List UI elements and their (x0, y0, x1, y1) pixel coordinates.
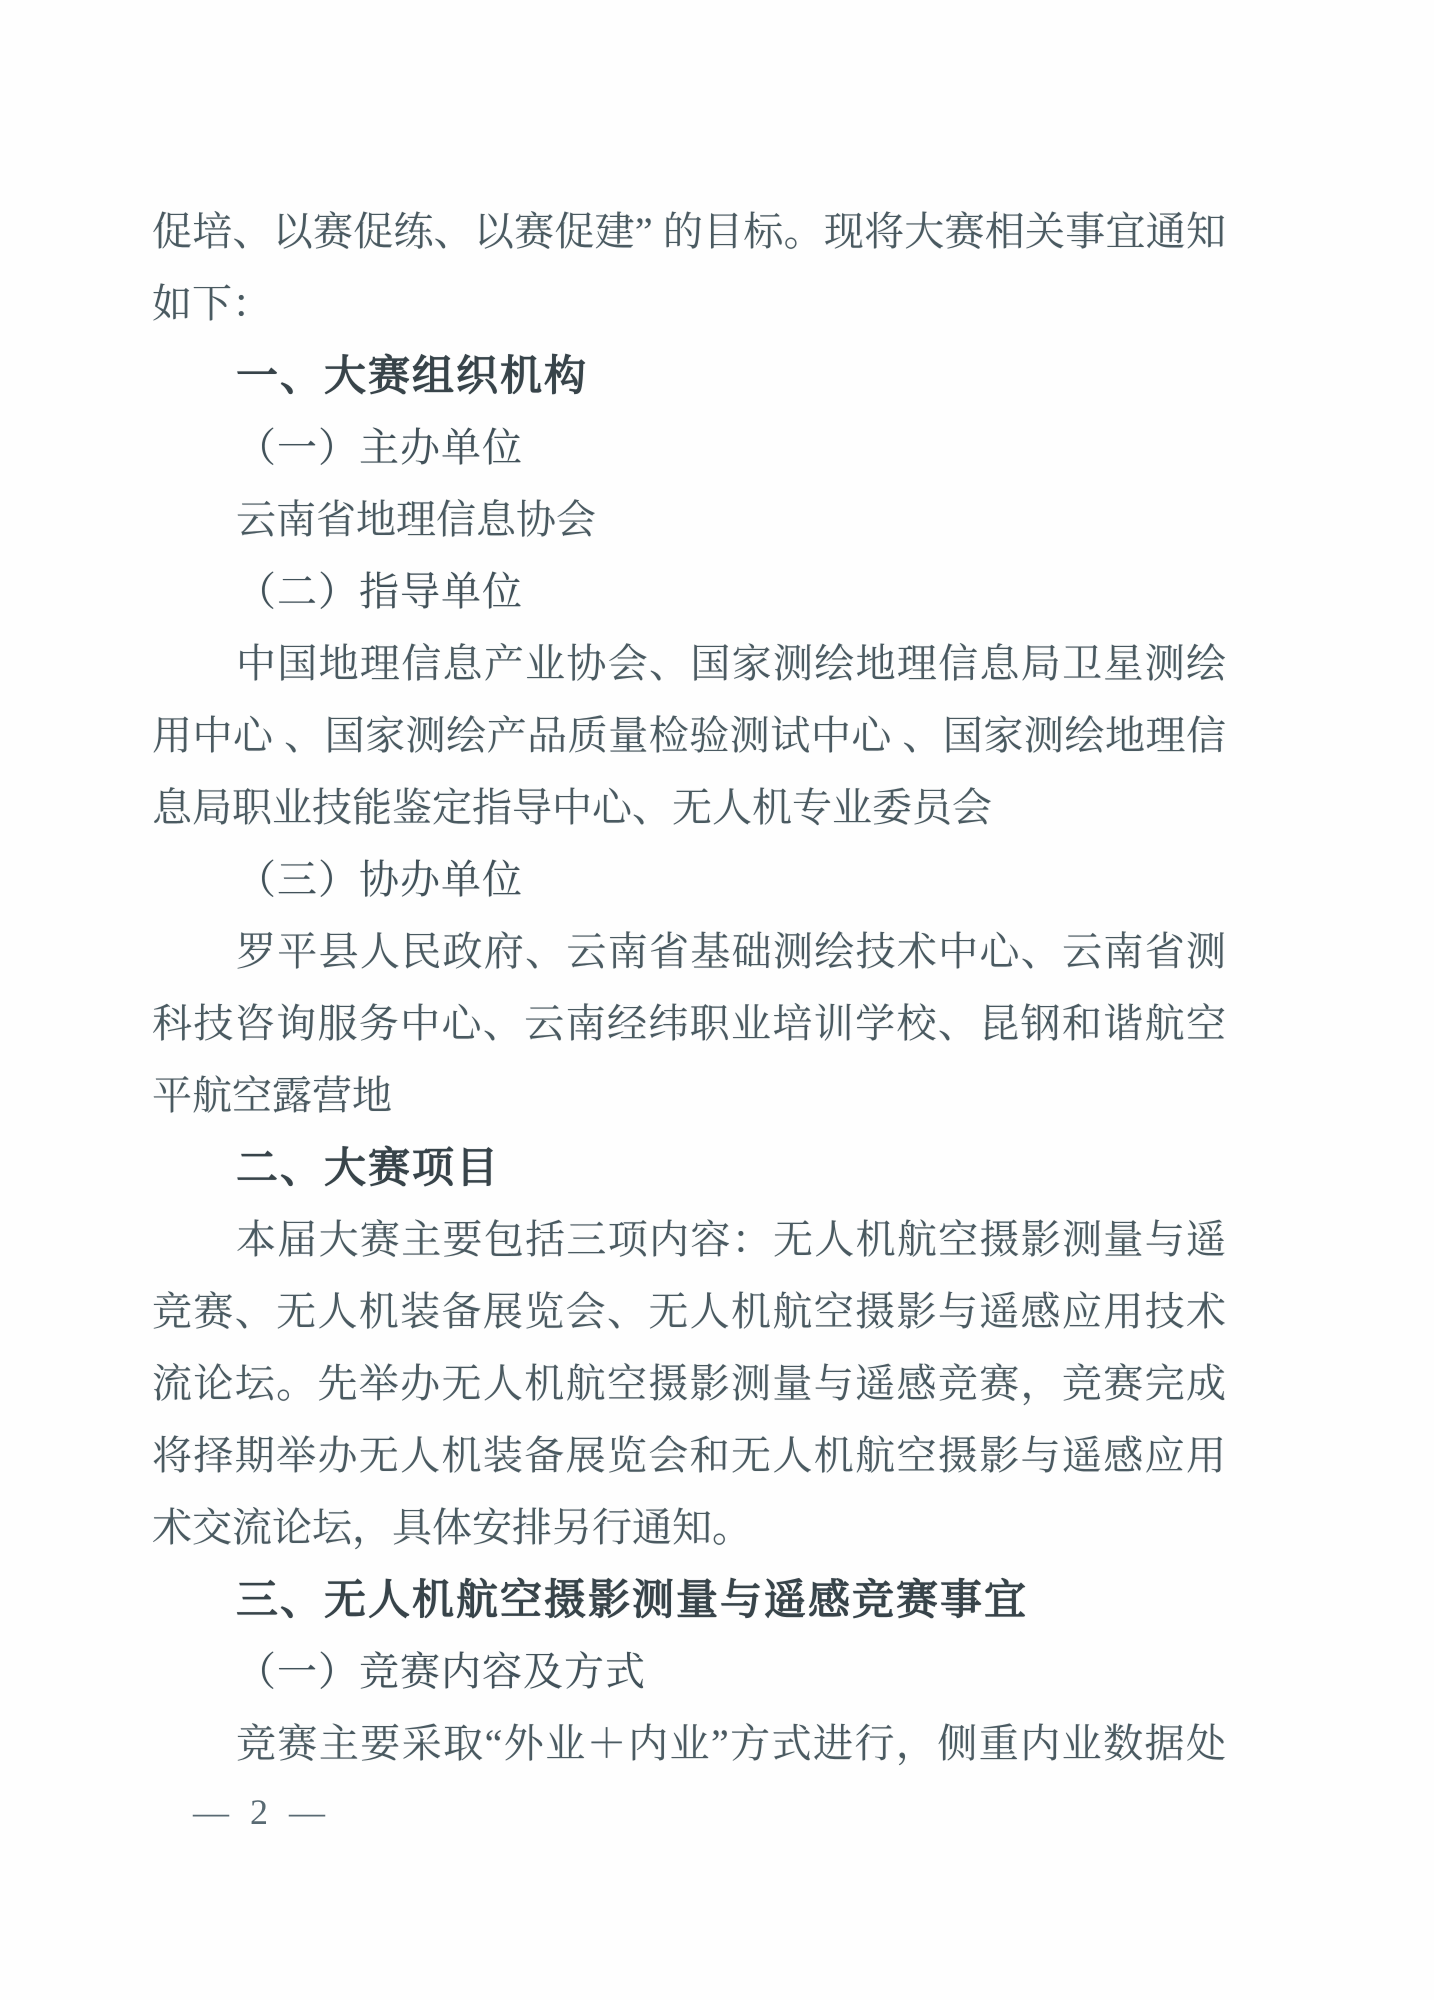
text-line: 科技咨询服务中心、云南经纬职业培训学校、昆钢和谐航空罗 (152, 988, 1226, 1060)
text-line: 竞赛主要采取“外业＋内业”方式进行，侧重内业数据处 (152, 1708, 1226, 1780)
text-line: 云南省地理信息协会 (152, 484, 1226, 556)
text-line: 用中心 、国家测绘产品质量检验测试中心 、国家测绘地理信 (152, 700, 1226, 772)
document-page: 促培、以赛促练、以赛促建” 的目标。现将大赛相关事宜通知如下：一、大赛组织机构（… (0, 0, 1434, 2000)
text-line: 中国地理信息产业协会、国家测绘地理信息局卫星测绘应 (152, 628, 1226, 700)
text-line: 竞赛、无人机装备展览会、无人机航空摄影与遥感应用技术交 (152, 1276, 1226, 1348)
text-line: 术交流论坛，具体安排另行通知。 (152, 1492, 1226, 1564)
text-line: 将择期举办无人机装备展览会和无人机航空摄影与遥感应用技 (152, 1420, 1226, 1492)
section-heading: 一、大赛组织机构 (152, 340, 1226, 412)
text-line: 平航空露营地 (152, 1060, 1226, 1132)
text-line: 流论坛。先举办无人机航空摄影测量与遥感竞赛，竞赛完成后 (152, 1348, 1226, 1420)
page-number: — 2 — (193, 1788, 331, 1836)
section-heading: 三、无人机航空摄影测量与遥感竞赛事宜 (152, 1564, 1226, 1636)
text-line: 罗平县人民政府、云南省基础测绘技术中心、云南省测绘 (152, 916, 1226, 988)
subsection-heading: （二）指导单位 (152, 556, 1226, 628)
text-line: 本届大赛主要包括三项内容：无人机航空摄影测量与遥感 (152, 1204, 1226, 1276)
subsection-heading: （一）主办单位 (152, 412, 1226, 484)
text-line: 息局职业技能鉴定指导中心、无人机专业委员会 (152, 772, 1226, 844)
subsection-heading: （三）协办单位 (152, 844, 1226, 916)
document-body: 促培、以赛促练、以赛促建” 的目标。现将大赛相关事宜通知如下：一、大赛组织机构（… (152, 196, 1226, 1780)
section-heading: 二、大赛项目 (152, 1132, 1226, 1204)
subsection-heading: （一）竞赛内容及方式 (152, 1636, 1226, 1708)
text-line: 如下： (152, 268, 1226, 340)
text-line: 促培、以赛促练、以赛促建” 的目标。现将大赛相关事宜通知 (152, 196, 1226, 268)
